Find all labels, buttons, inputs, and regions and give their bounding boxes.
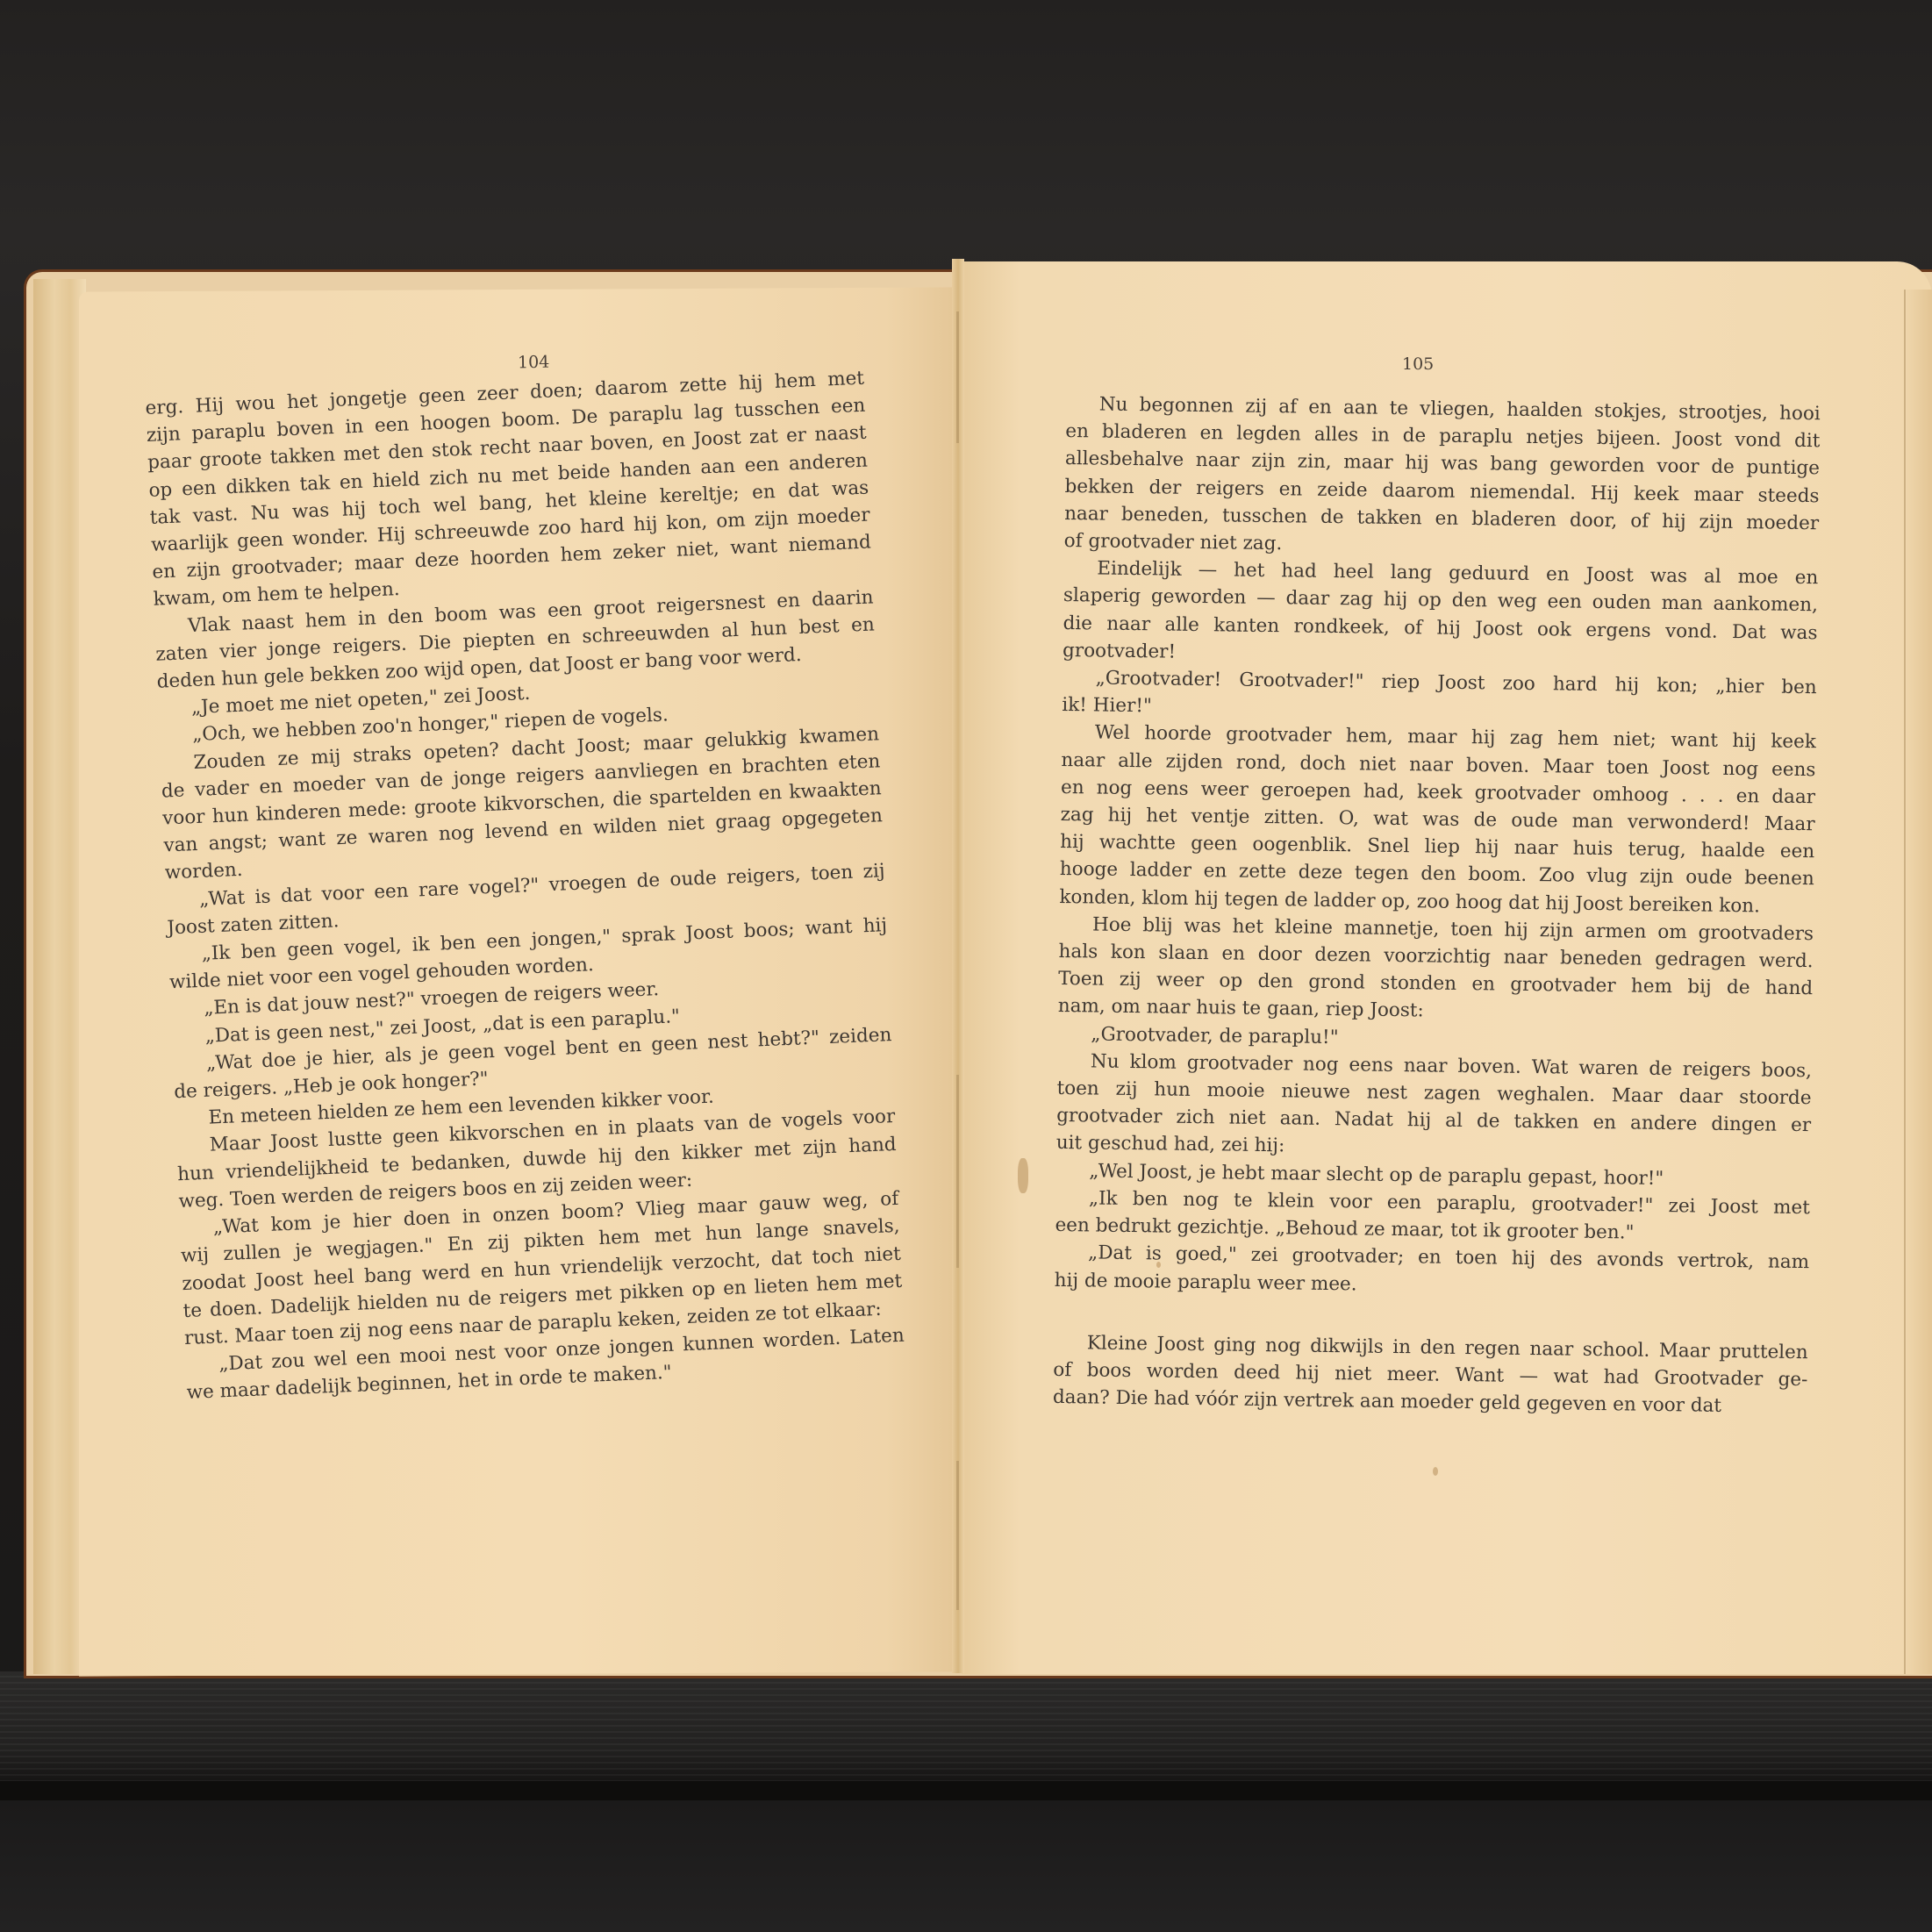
left-page-text: erg. Hij wou het jongetje geen zeer doen… bbox=[145, 365, 906, 1407]
binding-thread bbox=[956, 311, 959, 443]
table-groove bbox=[0, 1781, 1932, 1800]
page-number-left: 104 bbox=[518, 353, 550, 373]
page-block-edge-right bbox=[1904, 290, 1932, 1674]
binding-thread bbox=[956, 1461, 959, 1610]
foxing-spot bbox=[1018, 1158, 1028, 1193]
table-edge bbox=[0, 1671, 1932, 1794]
page-number-right: 105 bbox=[1402, 354, 1434, 374]
page-block-edge-left bbox=[33, 279, 86, 1674]
binding-thread bbox=[956, 1075, 959, 1268]
foxing-spot bbox=[1433, 1467, 1438, 1476]
table-front bbox=[0, 1800, 1932, 1932]
right-page-text: Nu begonnen zij af en aan te vliegen, ha… bbox=[1053, 390, 1821, 1420]
